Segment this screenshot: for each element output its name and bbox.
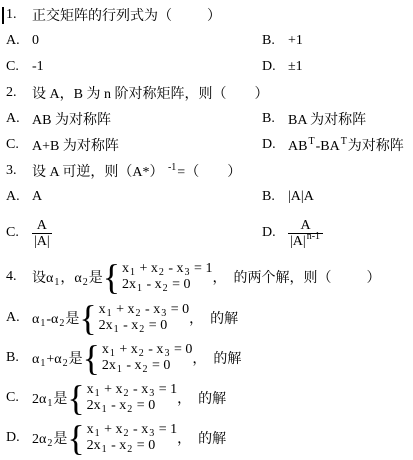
question-2-options-row-2: C. A+B 为对称阵 D. ABT-BAT为对称阵 [6,132,413,158]
option-label: C. [6,59,32,75]
option-label: D. [6,430,32,446]
equation-line: x1 + x2 - x3 = 1 [122,261,212,277]
option-label: C. [6,390,32,406]
question-number: 1. [6,7,32,23]
option-text: +1 [288,33,303,49]
option-text: 0 [32,33,39,49]
equation-system: { x1 + x2 - x3 = 0 2x1 - x2 = 0 [83,342,193,374]
option-text: ， 的解 [192,348,241,368]
q4-option-c: C. 2α1是 { x1 + x2 - x3 = 1 2x1 - x2 = 0 … [6,378,413,418]
option-label: D. [262,225,288,241]
equation-line: 2x1 - x2 = 0 [102,358,192,374]
equation-line: 2x1 - x2 = 0 [122,277,212,293]
q2-option-c: C. A+B 为对称阵 [6,135,262,155]
left-brace-icon: { [67,383,84,413]
option-text: ±1 [288,59,303,75]
option-label: C. [6,137,32,153]
fraction-denominator: |A| [32,233,52,249]
equation-lines: x1 + x2 - x3 = 1 2x1 - x2 = 0 [122,261,212,293]
equation-lines: x1 + x2 - x3 = 1 2x1 - x2 = 0 [87,382,177,414]
equation-line: 2x1 - x2 = 0 [99,318,189,334]
question-3-options-row-2: C. A |A| D. A |A|n-1 [6,210,413,256]
q2-option-d: D. ABT-BAT为对称阵 [262,135,413,155]
q4-option-b: B. α1+α2是 { x1 + x2 - x3 = 0 2x1 - x2 = … [6,338,413,378]
option-text: ， 的解 [177,388,226,408]
option-text: ， 的解 [177,428,226,448]
question-number: 2. [6,85,32,101]
equation-line: x1 + x2 - x3 = 0 [99,302,189,318]
q2-option-b: B. BA 为对称阵 [262,109,413,129]
equation-line: 2x1 - x2 = 0 [87,438,177,454]
option-label: D. [262,137,288,153]
question-1-options-row-1: A. 0 B. +1 [6,28,413,54]
q3-option-b: B. |A|A [262,189,413,205]
question-1-options-row-2: C. -1 D. ±1 [6,54,413,80]
q3-option-a: A. A [6,189,262,205]
option-text: ， 的解 [189,308,238,328]
q3-option-c: C. A |A| [6,218,262,249]
question-1-stem: 1. 正交矩阵的行列式为（ ） [6,2,413,28]
option-label: B. [262,189,288,205]
stem-text: ， 的两个解，则（ ） [212,267,380,287]
fraction-denominator: |A|n-1 [288,233,323,249]
question-3-options-row-1: A. A B. |A|A [6,184,413,210]
option-text: -1 [32,59,44,75]
q2-option-a: A. AB 为对称阵 [6,109,262,129]
equation-line: x1 + x2 - x3 = 0 [102,342,192,358]
option-text: A+B 为对称阵 [32,135,119,155]
option-text: ABT-BAT为对称阵 [288,135,404,155]
option-label: A. [6,310,32,326]
fraction: A |A| [32,218,52,249]
option-label: B. [262,33,288,49]
equation-lines: x1 + x2 - x3 = 0 2x1 - x2 = 0 [102,342,192,374]
question-2-options-row-1: A. AB 为对称阵 B. BA 为对称阵 [6,106,413,132]
q3-option-d: D. A |A|n-1 [262,218,413,249]
left-brace-icon: { [83,343,100,373]
option-text: α1+α2是 [32,348,83,368]
option-label: A. [6,111,32,127]
equation-line: x1 + x2 - x3 = 1 [87,382,177,398]
stem-text: 正交矩阵的行列式为（ ） [32,5,221,25]
stem-text: 设 A 可逆，则（A*） -1=（ ） [32,161,241,181]
fraction: A |A|n-1 [288,218,323,249]
equation-line: 2x1 - x2 = 0 [87,398,177,414]
equation-system: { x1 + x2 - x3 = 0 2x1 - x2 = 0 [79,302,189,334]
left-brace-icon: { [67,423,84,453]
left-brace-icon: { [103,262,120,292]
equation-system: { x1 + x2 - x3 = 1 2x1 - x2 = 0 [103,261,213,293]
equation-lines: x1 + x2 - x3 = 1 2x1 - x2 = 0 [87,422,177,454]
text-cursor [2,7,4,24]
stem-text: 设 A，B 为 n 阶对称矩阵，则（ ） [32,83,268,103]
option-text: BA 为对称阵 [288,109,366,129]
option-label: B. [262,111,288,127]
stem-text: 设α1，α2是 [32,267,103,287]
question-3-stem: 3. 设 A 可逆，则（A*） -1=（ ） [6,158,413,184]
option-text: |A|A [288,189,314,205]
option-label: A. [6,189,32,205]
option-text: A [32,189,42,205]
q1-option-d: D. ±1 [262,59,413,75]
equation-line: x1 + x2 - x3 = 1 [87,422,177,438]
document-page[interactable]: 1. 正交矩阵的行列式为（ ） A. 0 B. +1 C. -1 D. ±1 2… [0,0,413,460]
option-label: C. [6,225,32,241]
left-brace-icon: { [79,303,96,333]
option-text: AB 为对称阵 [32,109,111,129]
q1-option-c: C. -1 [6,59,262,75]
option-label: A. [6,33,32,49]
question-2-stem: 2. 设 A，B 为 n 阶对称矩阵，则（ ） [6,80,413,106]
question-4-stem: 4. 设α1，α2是 { x1 + x2 - x3 = 1 2x1 - x2 =… [6,256,413,298]
option-text: 2α2是 [32,428,67,448]
question-number: 4. [6,269,32,285]
equation-lines: x1 + x2 - x3 = 0 2x1 - x2 = 0 [99,302,189,334]
question-number: 3. [6,163,32,179]
q4-option-a: A. α1-α2是 { x1 + x2 - x3 = 0 2x1 - x2 = … [6,298,413,338]
fraction-numerator: A [35,218,49,233]
equation-system: { x1 + x2 - x3 = 1 2x1 - x2 = 0 [67,422,177,454]
option-text: 2α1是 [32,388,67,408]
q1-option-b: B. +1 [262,33,413,49]
option-label: D. [262,59,288,75]
q1-option-a: A. 0 [6,33,262,49]
equation-system: { x1 + x2 - x3 = 1 2x1 - x2 = 0 [67,382,177,414]
option-text: α1-α2是 [32,308,79,328]
q4-option-d: D. 2α2是 { x1 + x2 - x3 = 1 2x1 - x2 = 0 … [6,418,413,458]
option-label: B. [6,350,32,366]
